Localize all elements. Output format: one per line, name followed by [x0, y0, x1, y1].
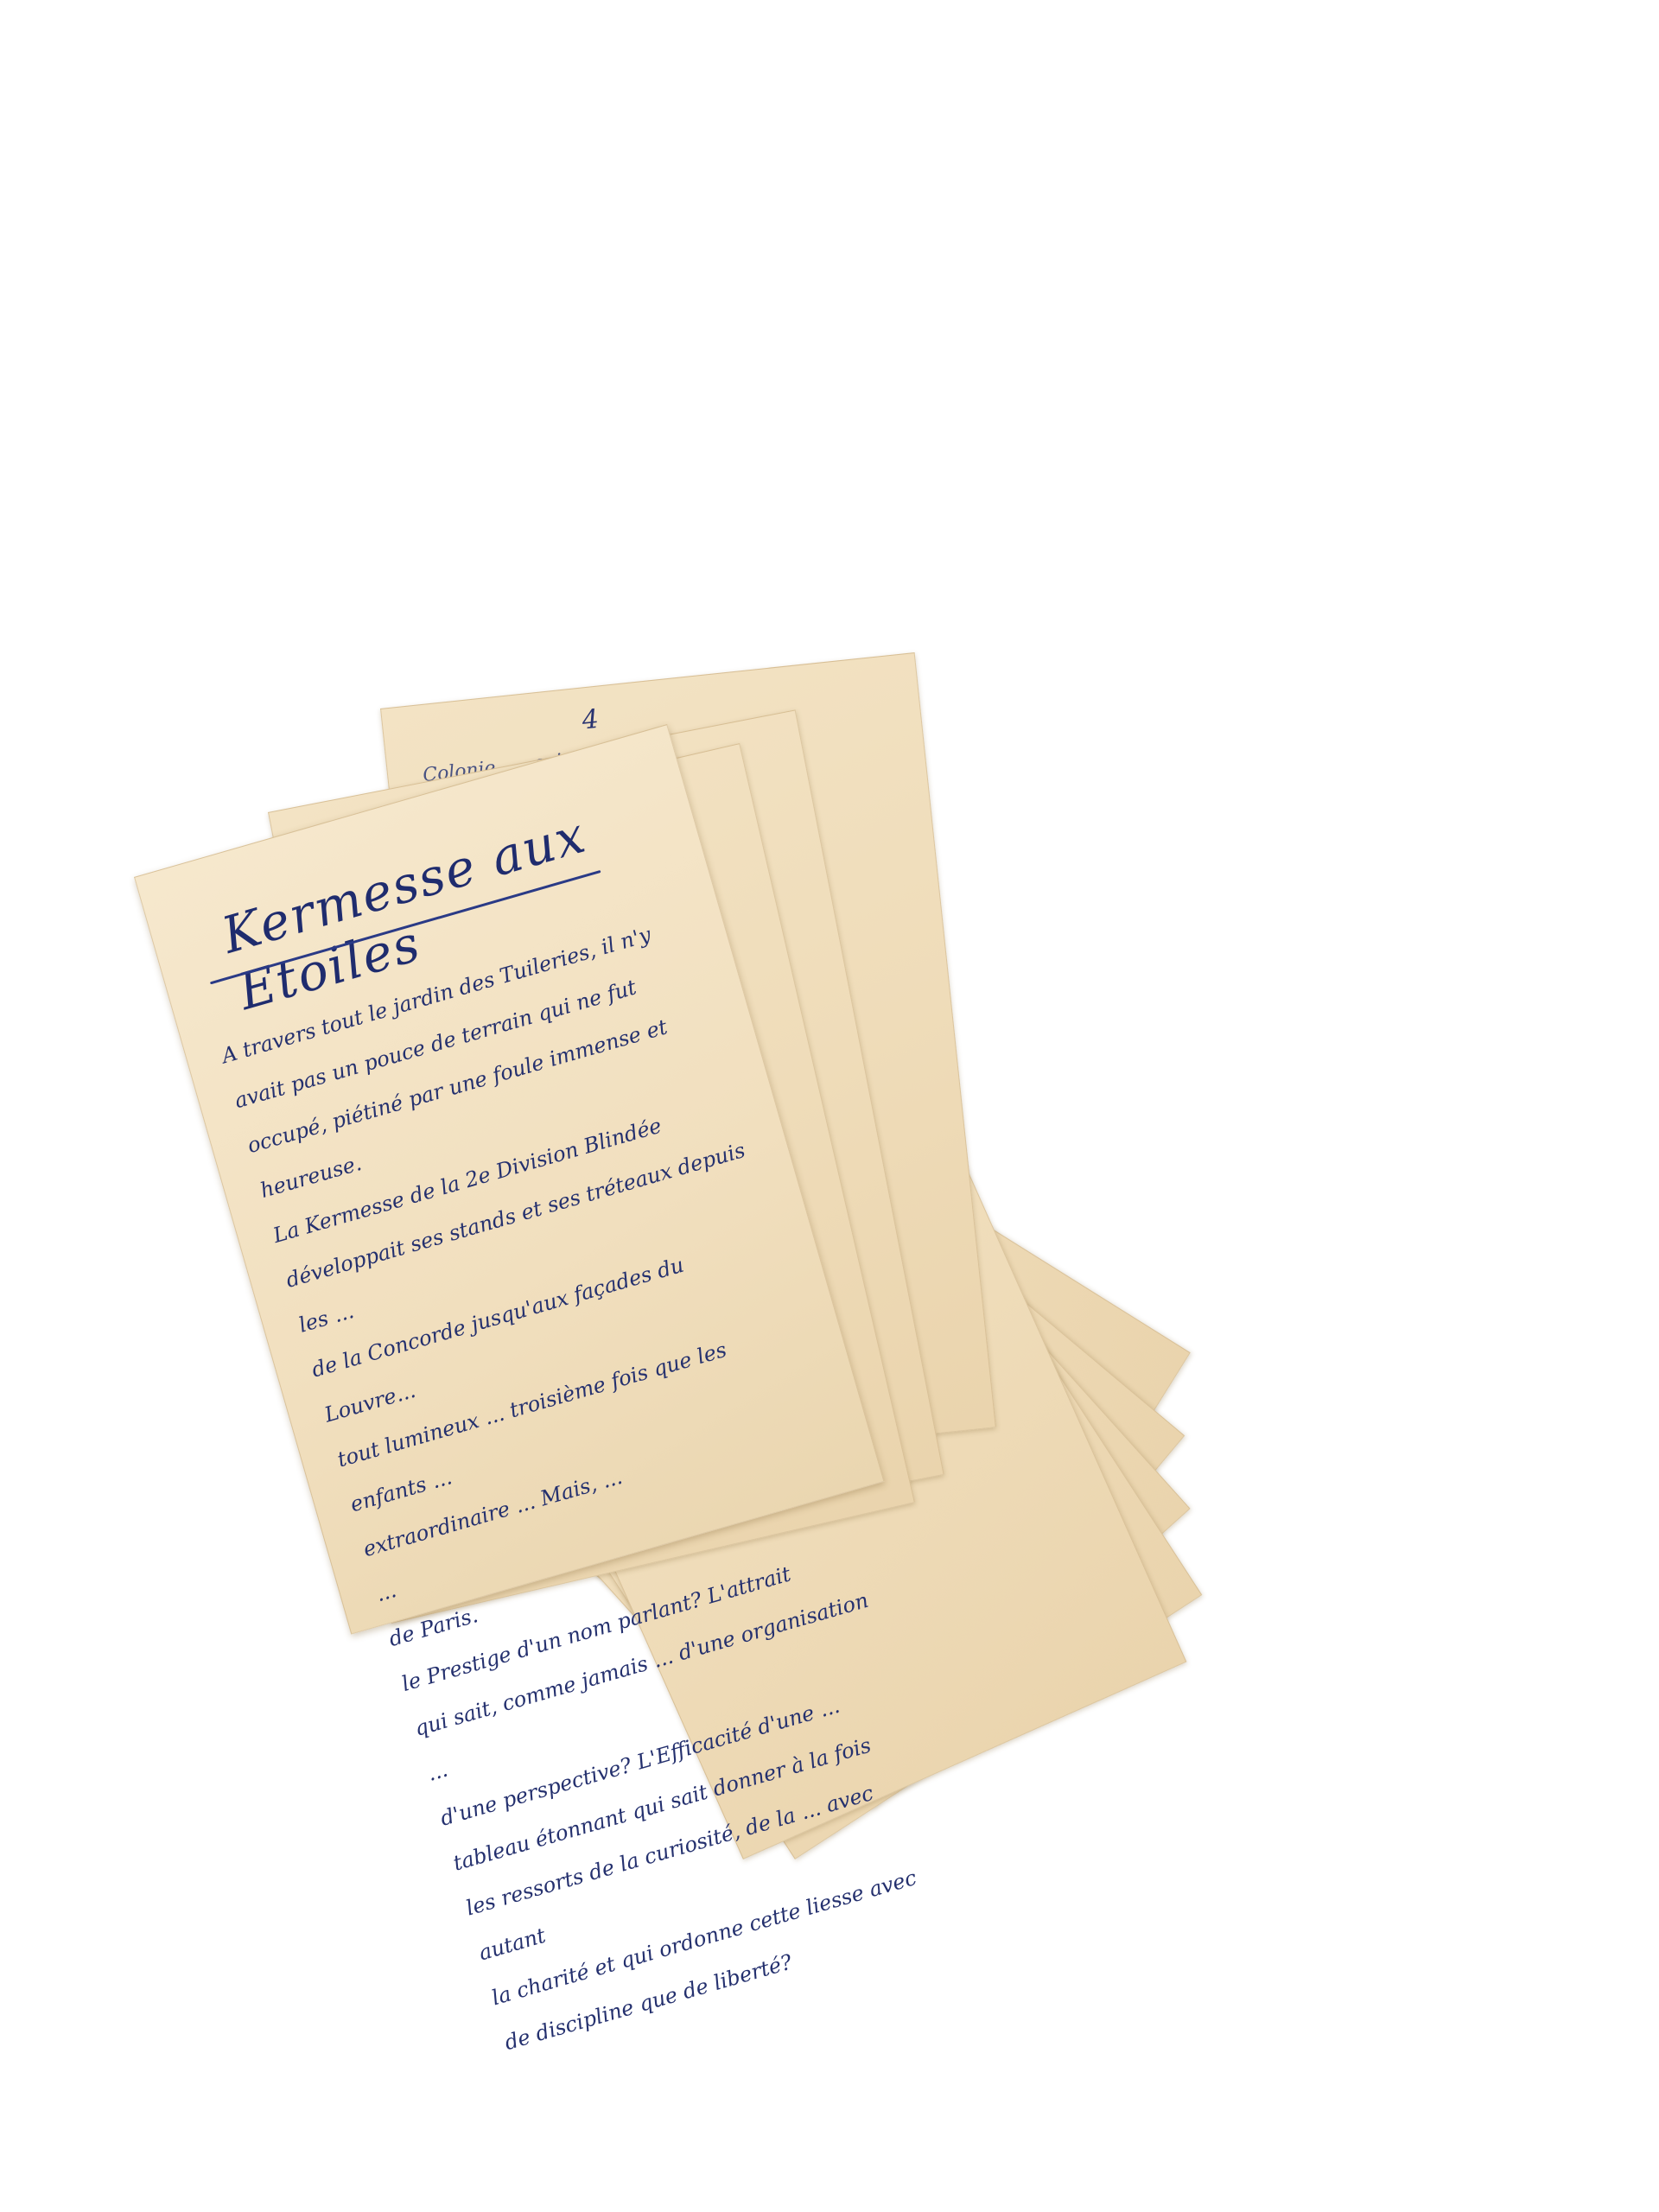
page-number: 4: [581, 704, 601, 736]
photo-stage: 18 ... mais ... grâce ... ... vivraient …: [0, 0, 1659, 2212]
